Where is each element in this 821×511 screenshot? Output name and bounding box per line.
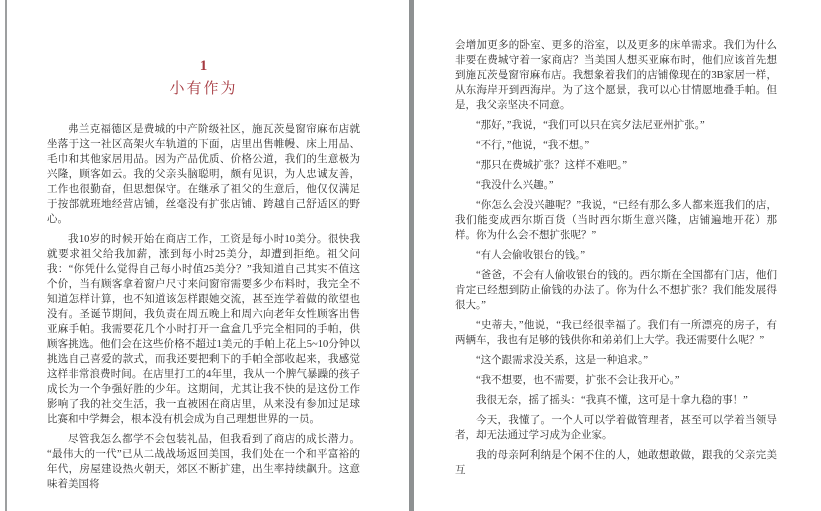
paragraph: “我没什么兴趣。” [455,178,777,193]
left-page-text: 弗兰克福德区是费城的中产阶级社区，施瓦茨曼窗帘麻布店就坐落于这一社区高架火车轨道… [47,122,360,492]
paragraph: 弗兰克福德区是费城的中产阶级社区，施瓦茨曼窗帘麻布店就坐落于这一社区高架火车轨道… [47,122,360,227]
paragraph: “不行，”他说，“我不想。” [455,138,777,153]
paragraph: “那好，”我说，“我们可以只在宾夕法尼亚州扩张。” [455,118,777,133]
paragraph: “我不想要，也不需要，扩张不会让我开心。” [455,373,777,388]
paragraph: “你怎么会没兴趣呢？”我说，“已经有那么多人都来逛我们的店，我们能变成西尔斯百货… [455,198,777,243]
book-spine [409,0,414,511]
paragraph: 会增加更多的卧室、更多的浴室，以及更多的床单需求。我们为什么非要在费城守着一家商… [455,38,777,113]
paragraph: “那只在费城扩张？这样不难吧。” [455,158,777,173]
paragraph: 今天，我懂了。一个人可以学着做管理者，甚至可以学着当领导者，却无法通过学习成为企… [455,413,777,443]
chapter-number: 1 [47,58,360,75]
book-spread: 1 小有作为 弗兰克福德区是费城的中产阶级社区，施瓦茨曼窗帘麻布店就坐落于这一社… [0,0,821,511]
paragraph: 我很无奈，摇了摇头：“我真不懂，这可是十拿九稳的事！” [455,393,777,408]
paragraph: 我10岁的时候开始在商店工作，工资是每小时10美分。很快我就要求祖父给我加薪，涨… [47,232,360,427]
chapter-title: 小有作为 [47,80,360,98]
page-edge-line [5,0,7,511]
right-page[interactable]: 会增加更多的卧室、更多的浴室，以及更多的床单需求。我们为什么非要在费城守着一家商… [455,38,777,483]
paragraph: 我的母亲阿利纳是个闲不住的人，她敢想敢做，跟我的父亲完美互 [455,448,777,478]
paragraph: 尽管我怎么都学不会包装礼品，但我看到了商店的成长潜力。“最伟大的一代”已从二战战… [47,432,360,492]
right-page-text: 会增加更多的卧室、更多的浴室，以及更多的床单需求。我们为什么非要在费城守着一家商… [455,38,777,478]
paragraph: “史蒂夫，”他说，“我已经很幸福了。我们有一所漂亮的房子，有两辆车，我也有足够的… [455,318,777,348]
left-page[interactable]: 1 小有作为 弗兰克福德区是费城的中产阶级社区，施瓦茨曼窗帘麻布店就坐落于这一社… [47,0,360,497]
paragraph: “这个跟需求没关系，这是一种追求。” [455,353,777,368]
paragraph: “有人会偷收银台的钱。” [455,248,777,263]
paragraph: “爸爸，不会有人偷收银台的钱的。西尔斯在全国都有门店，他们肯定已经想到防止偷钱的… [455,268,777,313]
